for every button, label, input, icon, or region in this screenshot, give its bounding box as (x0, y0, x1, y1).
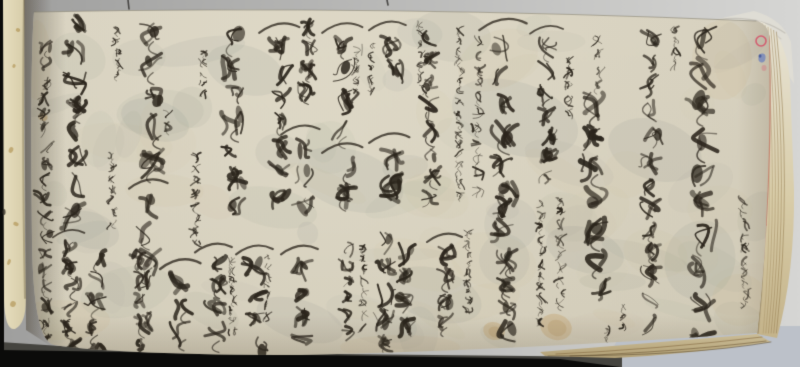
manuscript-photo-canvas (0, 0, 800, 367)
photo-frame (0, 0, 800, 367)
